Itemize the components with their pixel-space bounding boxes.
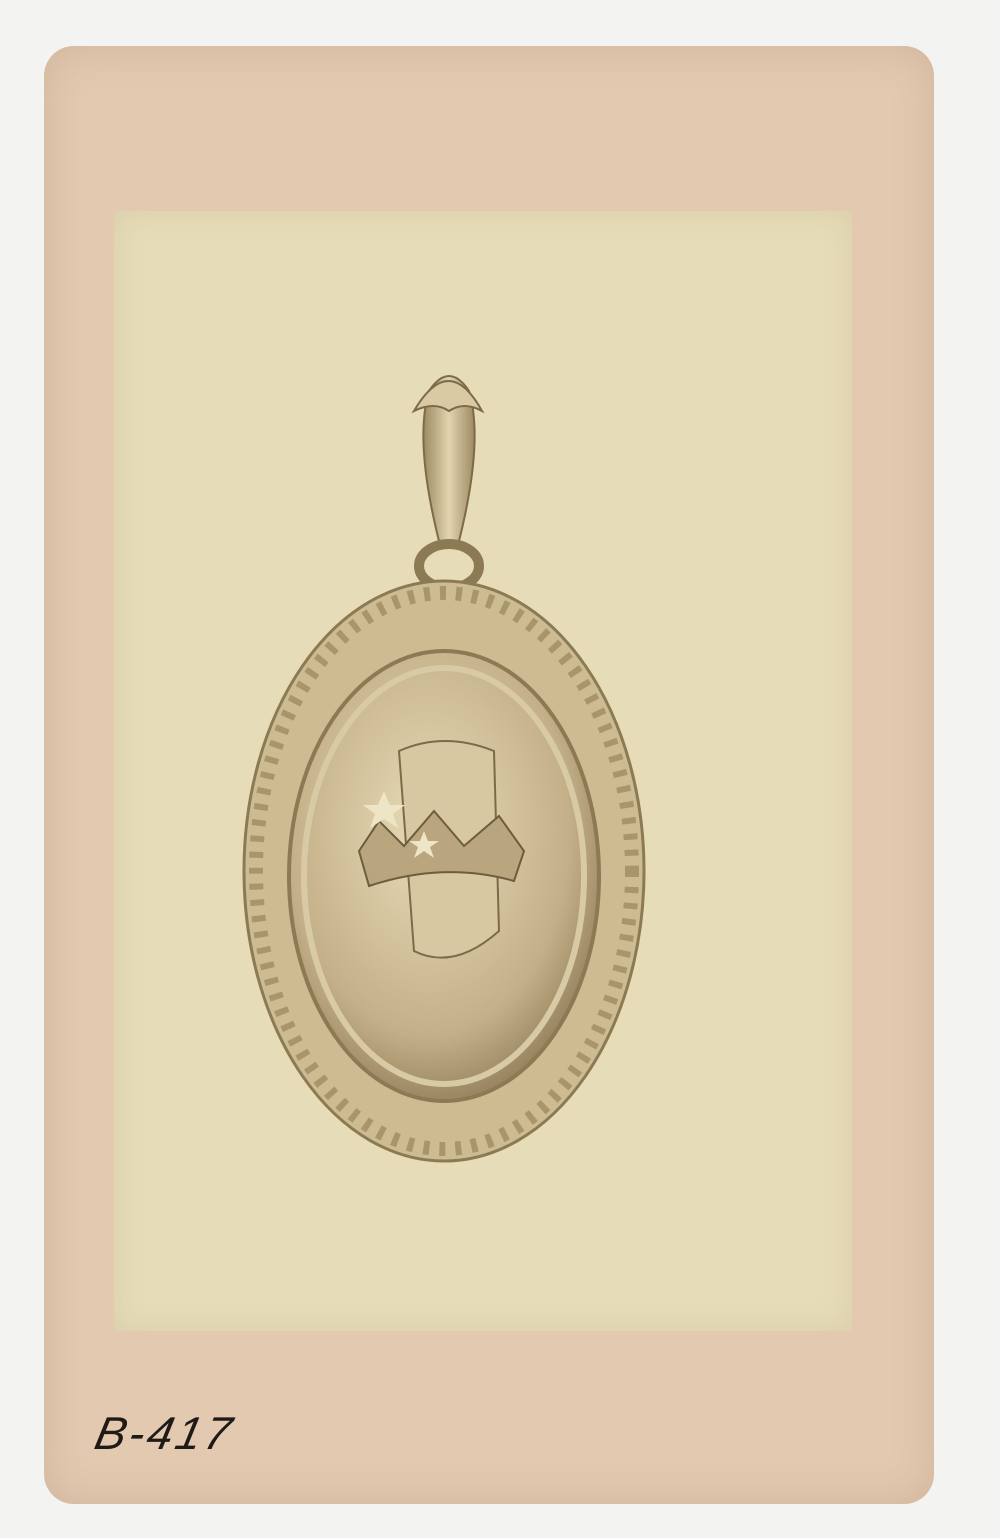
catalog-number-label: B-417 bbox=[90, 1406, 239, 1460]
mounted-photograph bbox=[114, 211, 852, 1331]
pendant-illustration bbox=[114, 211, 852, 1331]
cabinet-card-mount: B-417 bbox=[44, 46, 934, 1504]
